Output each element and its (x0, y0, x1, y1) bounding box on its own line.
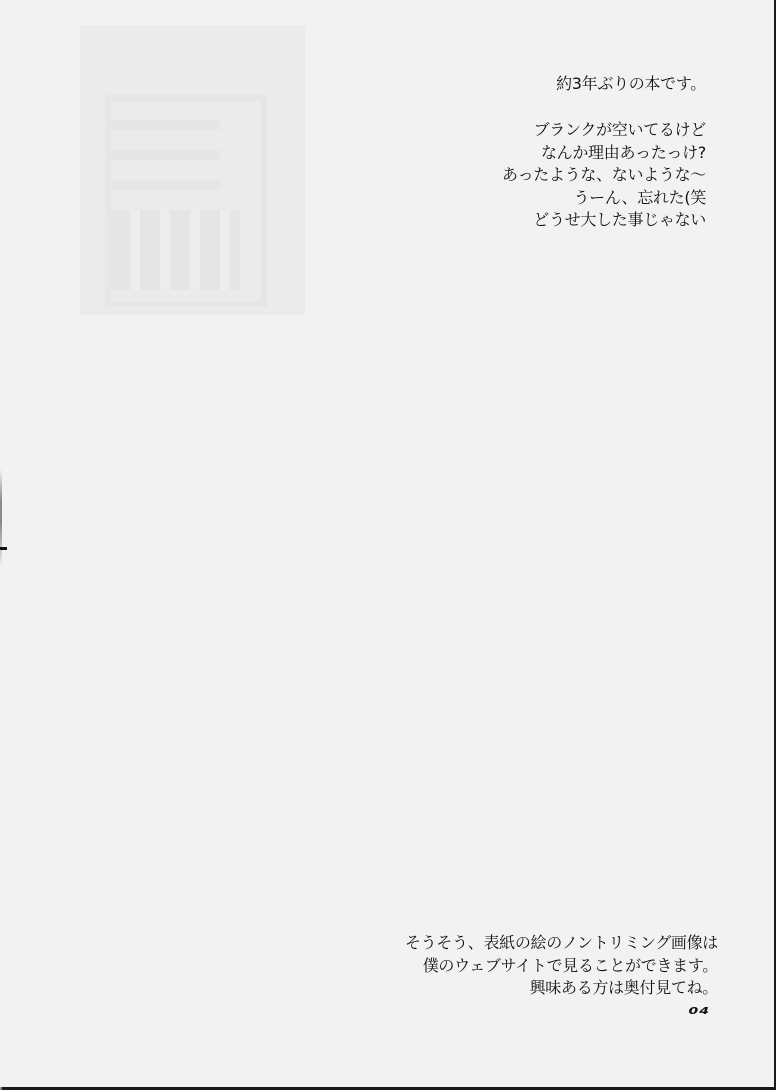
book-page: 約3年ぶりの本です。 ブランクが空いてるけど なんか理由あったっけ? あったよう… (0, 0, 776, 1090)
poem-line: どうせ大した事じゃない (502, 209, 706, 232)
binding-mark (0, 547, 7, 550)
page-heading: 約3年ぶりの本です。 (556, 73, 706, 96)
note-line: 僕のウェブサイトで見ることができます。 (405, 955, 718, 978)
poem-line: うーん、忘れた(笑 (502, 187, 706, 210)
website-note: そうそう、表紙の絵のノントリミング画像は 僕のウェブサイトで見ることができます。… (405, 932, 718, 1000)
bleed-large-glyphs (110, 210, 240, 290)
page-edge (0, 0, 2, 1090)
poem-line: なんか理由あったっけ? (502, 142, 706, 165)
note-line: 興味ある方は奥付見てね。 (405, 977, 718, 1000)
bleed-through-image (80, 25, 305, 315)
page-number: 04 (689, 1005, 710, 1016)
poem-block: ブランクが空いてるけど なんか理由あったっけ? あったような、ないような〜 うー… (502, 119, 706, 232)
heading-line: 約3年ぶりの本です。 (556, 73, 706, 96)
poem-line: あったような、ないような〜 (502, 164, 706, 187)
note-line: そうそう、表紙の絵のノントリミング画像は (405, 932, 718, 955)
poem-line: ブランクが空いてるけど (502, 119, 706, 142)
